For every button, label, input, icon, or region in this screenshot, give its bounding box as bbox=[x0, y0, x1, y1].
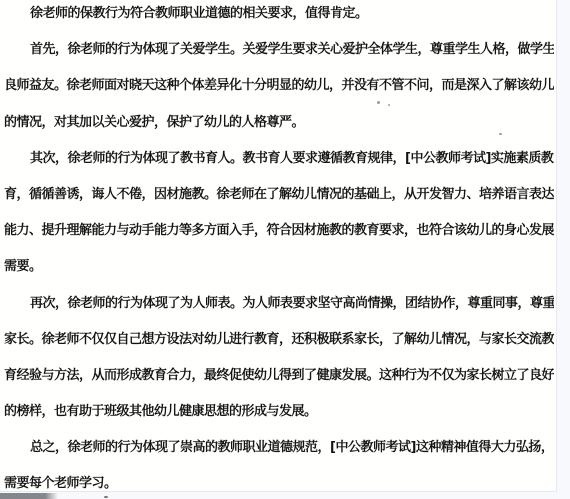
text-line: 能力、提升理解能力与动手能力等多方面入手，符合因材施教的教育要求，也符合该幼儿的… bbox=[4, 213, 554, 249]
scan-noise-dot bbox=[377, 101, 380, 104]
scan-noise-dot bbox=[104, 496, 108, 498]
text-line: 首先，徐老师的行为体现了关爱学生。关爱学生要求关心爱护全体学生，尊重学生人格，做… bbox=[4, 32, 554, 68]
paragraph: 其次，徐老师的行为体现了教书育人。教书育人要求遵循教育规律，[中公教师考试]实施… bbox=[4, 141, 554, 286]
text-line: 育经验与方法，从而形成教育合力，最终促使幼儿得到了健康发展。这种行为不仅为家长树… bbox=[4, 358, 554, 394]
scanned-document-screenshot: { "document": { "type": "scanned-text-pa… bbox=[0, 0, 570, 499]
text-line: 的榜样，也有助于班级其他幼儿健康思想的形成与发展。 bbox=[4, 394, 554, 430]
text-line: 需要。 bbox=[4, 249, 554, 285]
paragraph: 再次，徐老师的行为体现了为人师表。为人师表要求坚守高尚情操，团结协作，尊重同事，… bbox=[4, 286, 554, 431]
text-line: 总之，徐老师的行为体现了崇高的教师职业道德规范，[中公教师考试]这种精神值得大力… bbox=[4, 430, 554, 466]
text-line: 育，循循善诱，诲人不倦，因材施教。徐老师在了解幼儿情况的基础上，从开发智力、培养… bbox=[4, 177, 554, 213]
text-line: 的情况，对其加以关心爱护，保护了幼儿的人格尊严。 bbox=[4, 105, 554, 141]
text-line: 其次，徐老师的行为体现了教书育人。教书育人要求遵循教育规律，[中公教师考试]实施… bbox=[4, 141, 554, 177]
text-line: 再次，徐老师的行为体现了为人师表。为人师表要求坚守高尚情操，团结协作，尊重同事，… bbox=[4, 286, 554, 322]
text-line: 家长。徐老师不仅仅自己想方设法对幼儿进行教育，还积极联系家长，了解幼儿情况，与家… bbox=[4, 322, 554, 358]
text-line: 需要每个老师学习。 bbox=[4, 466, 554, 492]
paragraph: 首先，徐老师的行为体现了关爱学生。关爱学生要求关心爱护全体学生，尊重学生人格，做… bbox=[4, 32, 554, 141]
text-line: 徐老师的保教行为符合教师职业道德的相关要求，值得肯定。 bbox=[4, 0, 554, 32]
paragraph: 徐老师的保教行为符合教师职业道德的相关要求，值得肯定。 bbox=[4, 0, 554, 32]
document-text-block: 徐老师的保教行为符合教师职业道德的相关要求，值得肯定。首先，徐老师的行为体现了关… bbox=[4, 0, 554, 492]
scan-noise-dot bbox=[388, 104, 390, 106]
document-sheet: 徐老师的保教行为符合教师职业道德的相关要求，值得肯定。首先，徐老师的行为体现了关… bbox=[0, 0, 557, 492]
scan-noise-dot bbox=[499, 133, 502, 135]
scan-shadow-artifact bbox=[0, 493, 58, 499]
paragraph: 总之，徐老师的行为体现了崇高的教师职业道德规范，[中公教师考试]这种精神值得大力… bbox=[4, 430, 554, 492]
text-line: 良师益友。徐老师面对晓天这种个体差异化十分明显的幼儿，并没有不管不问，而是深入了… bbox=[4, 68, 554, 104]
